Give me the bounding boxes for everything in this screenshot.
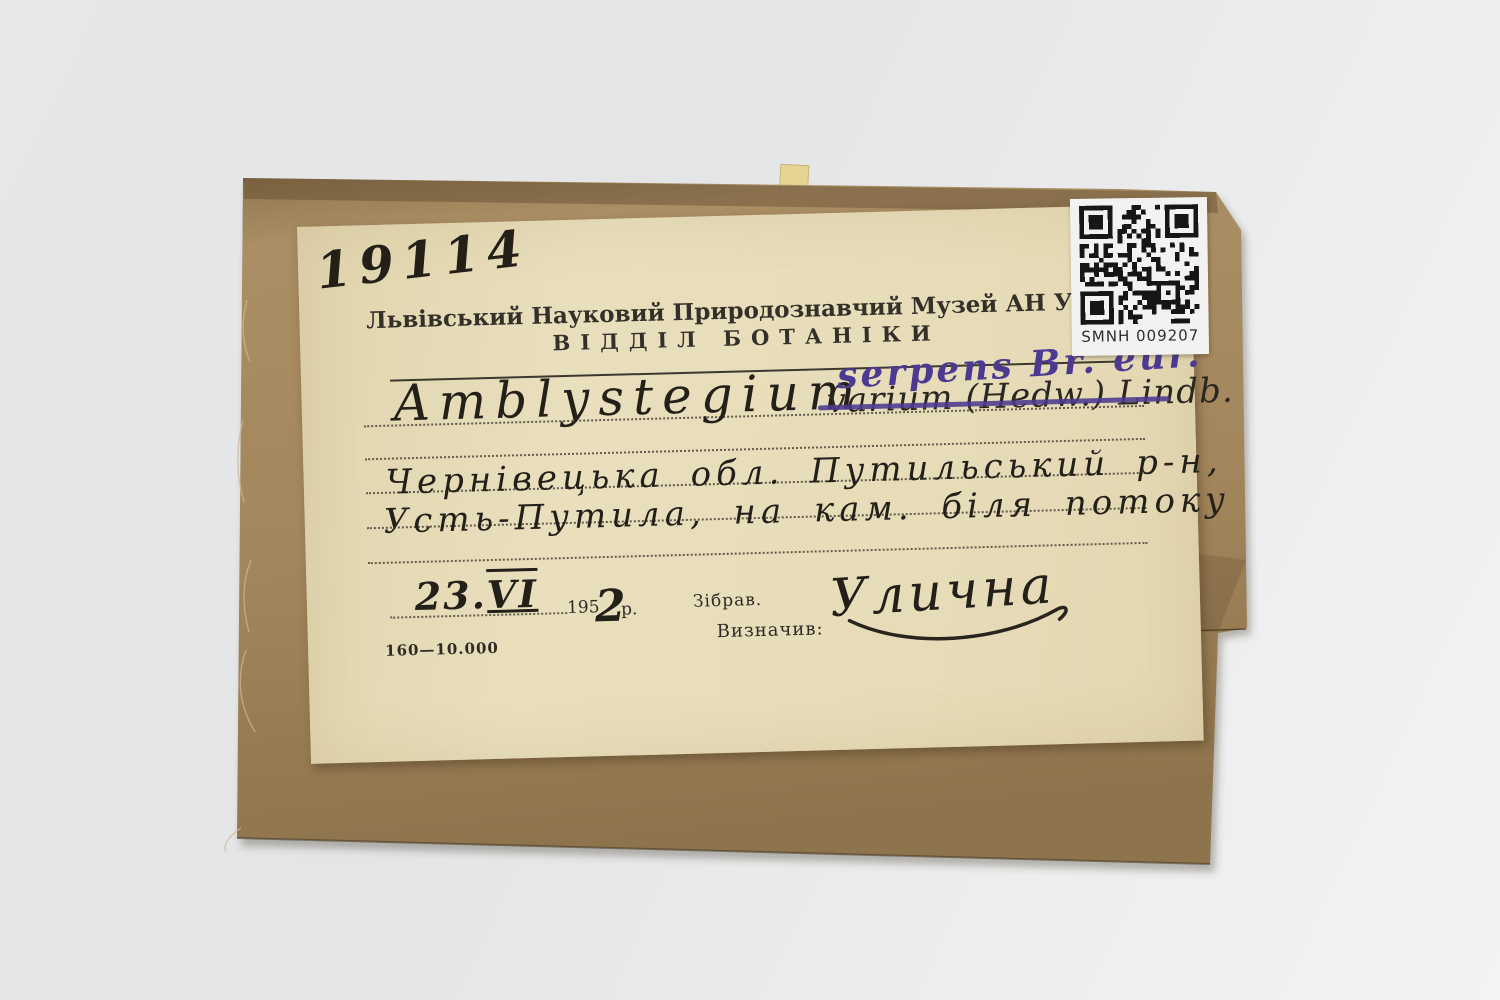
barcode-caption: SMNH 009207 — [1081, 326, 1199, 346]
year-suffix: р. — [621, 599, 638, 619]
collected-by-label: Зібрав. — [693, 590, 763, 612]
catalog-number: 19114 — [313, 218, 532, 301]
barcode-sticker: SMNH 009207 — [1070, 197, 1209, 356]
date-month-roman: VI — [486, 571, 538, 617]
date-day: 23. — [414, 572, 487, 619]
collection-date: 23.VI — [414, 571, 539, 619]
qr-code — [1079, 204, 1200, 325]
signature-flourish — [847, 601, 1078, 659]
species-genus: Amblystegium — [393, 362, 865, 432]
photo-stage: 19114 Львівський Науковий Природознавчий… — [0, 0, 1500, 1000]
determined-by-label: Визначив: — [716, 618, 823, 642]
herbarium-label: 19114 Львівський Науковий Природознавчий… — [297, 204, 1204, 764]
print-run-code: 160—10.000 — [385, 639, 499, 660]
